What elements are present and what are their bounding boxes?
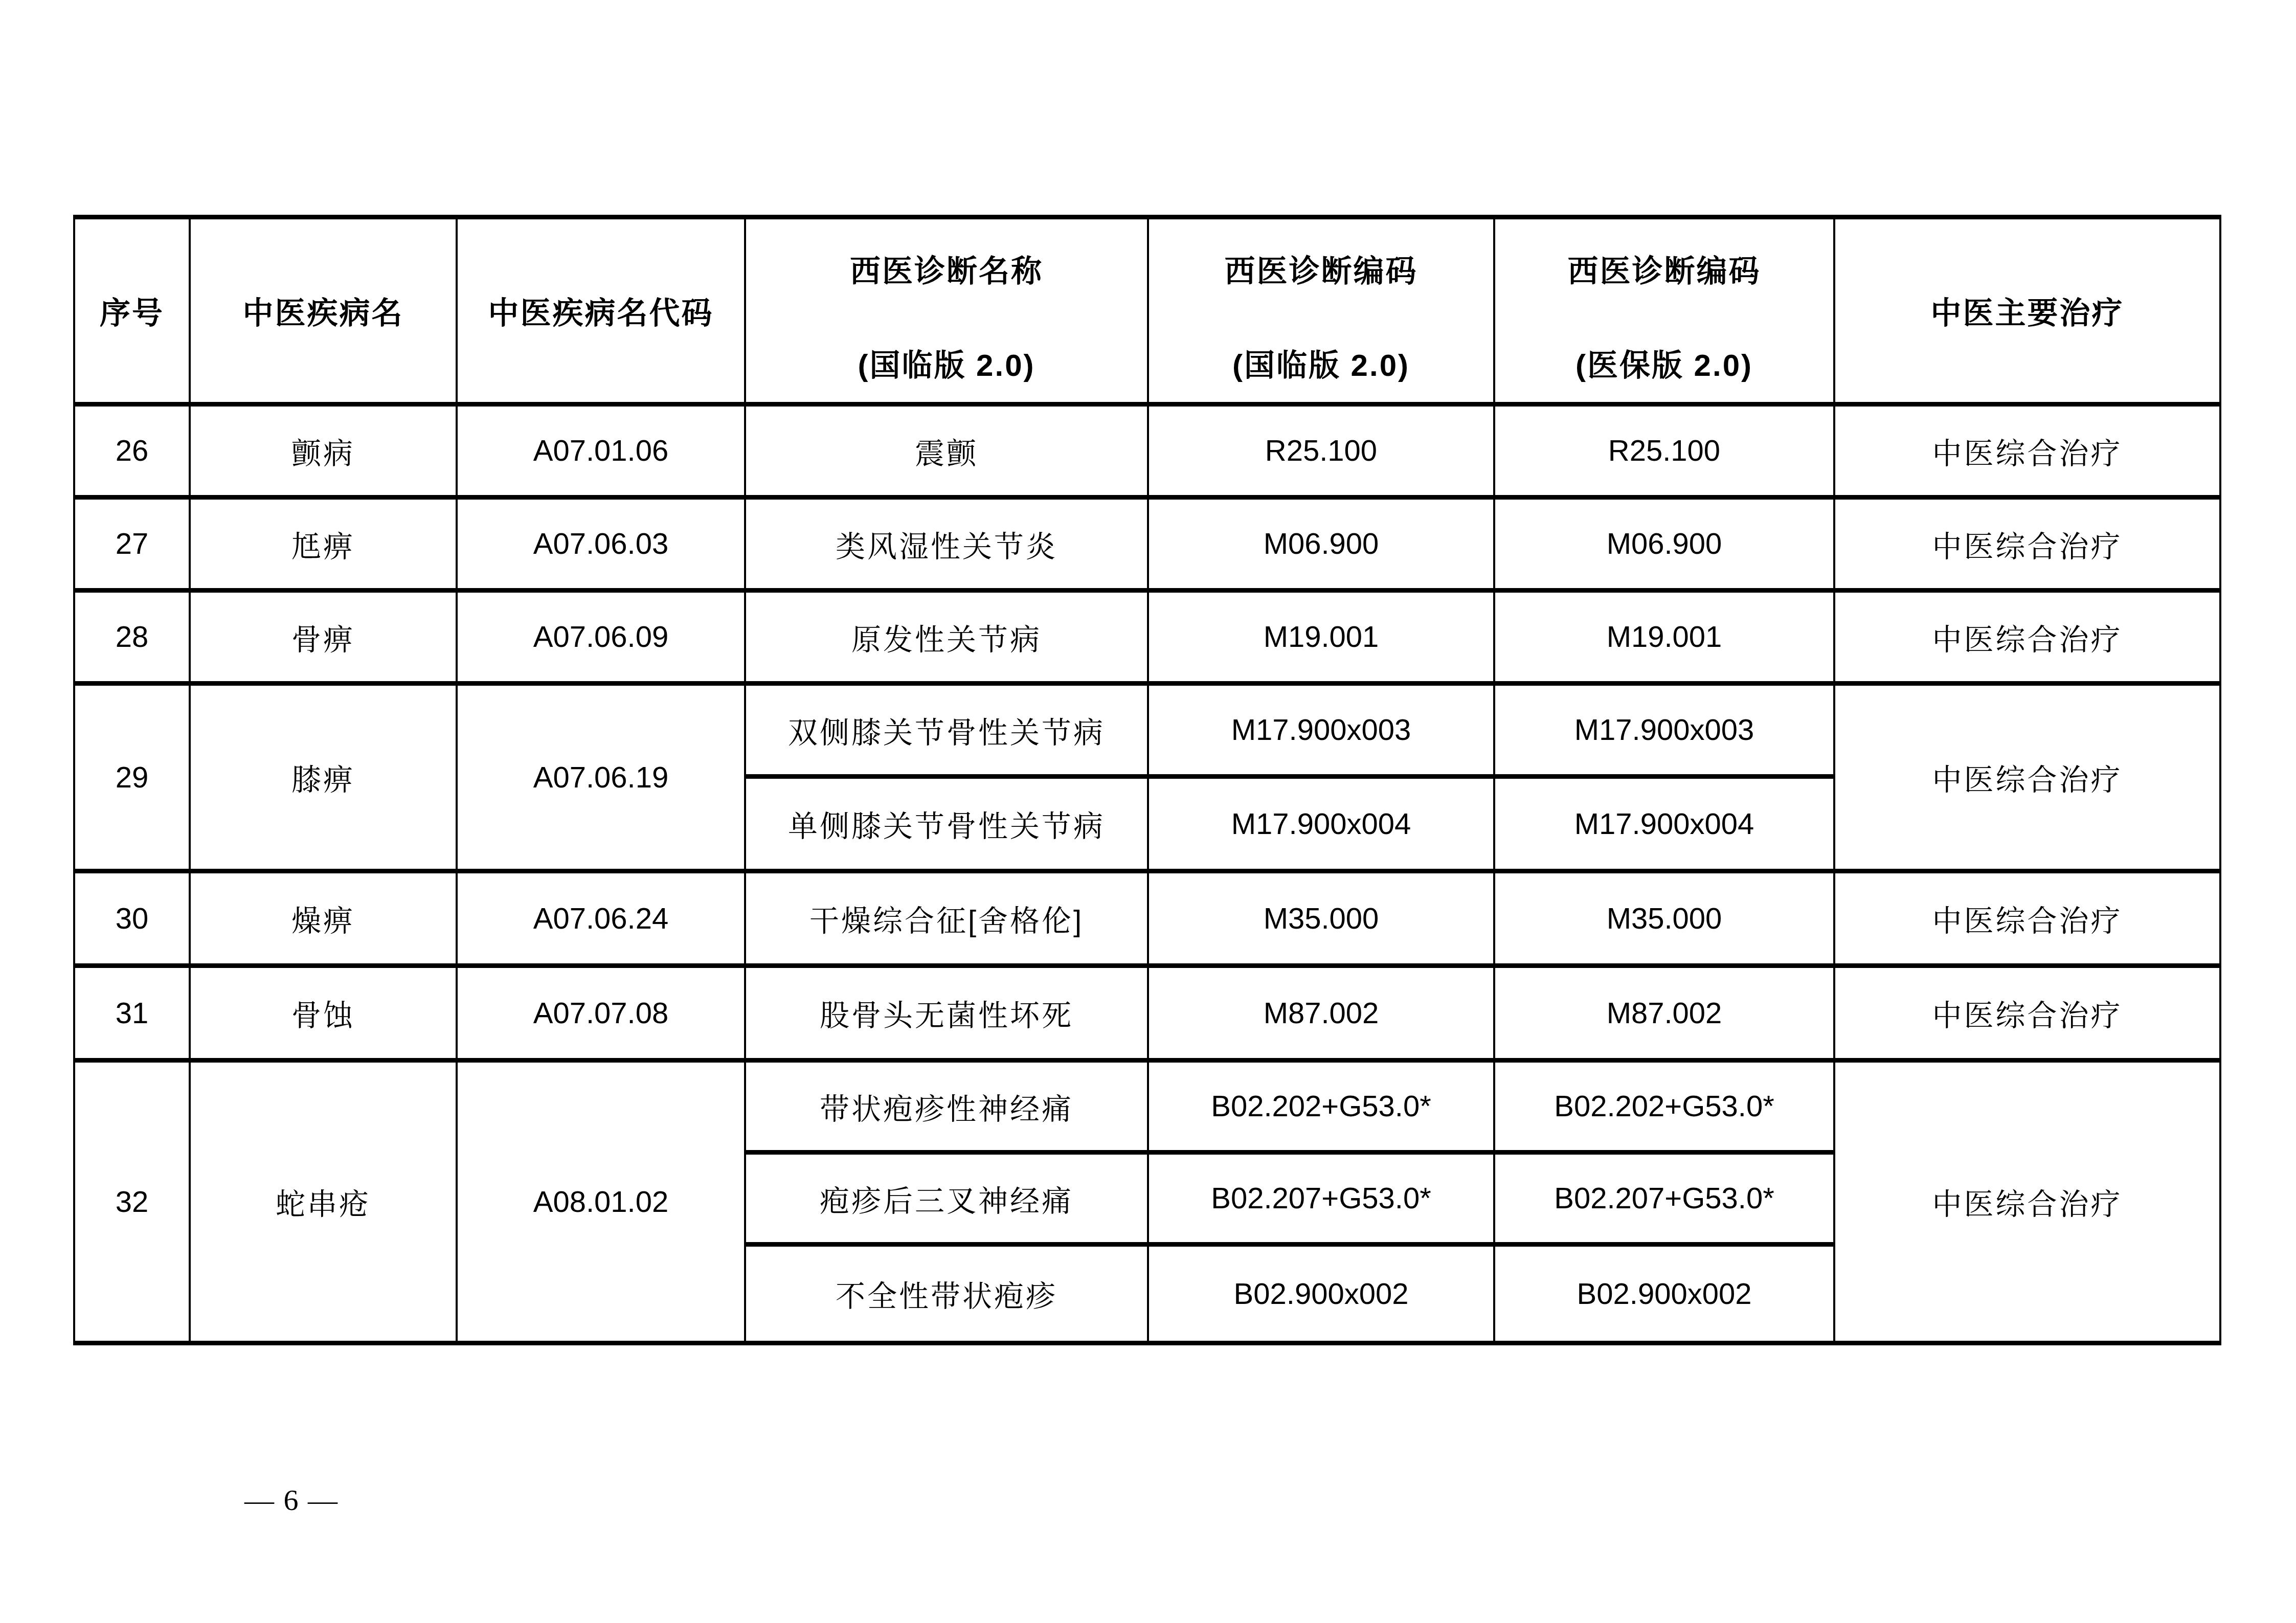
treatment-cell: 中医综合治疗 — [1834, 591, 2220, 684]
header-wm-code-gl: 西医诊断编码 (国临版 2.0) — [1148, 217, 1494, 404]
seq-cell: 31 — [74, 966, 190, 1061]
wm-code-yb-cell: M06.900 — [1494, 498, 1834, 591]
header-wm-code-gl-line1: 西医诊断编码 — [1149, 255, 1493, 288]
tcm-code-cell: A07.06.24 — [457, 871, 745, 966]
wm-name-cell: 带状疱疹性神经痛 — [745, 1061, 1148, 1153]
document-page: { "page": { "number_label": "— 6 —" }, "… — [0, 0, 2296, 1623]
table-row: 27 尪痹 A07.06.03 类风湿性关节炎 M06.900 M06.900 … — [74, 498, 2220, 591]
header-wm-code-gl-line2: (国临版 2.0) — [1149, 349, 1493, 382]
seq-cell: 32 — [74, 1061, 190, 1343]
wm-code-yb-cell: R25.100 — [1494, 404, 1834, 498]
table-row: 32 蛇串疮 A08.01.02 带状疱疹性神经痛 B02.202+G53.0*… — [74, 1061, 2220, 1153]
seq-cell: 27 — [74, 498, 190, 591]
page-number: — 6 — — [215, 1482, 368, 1519]
header-wm-code-gl-lines: 西医诊断编码 (国临版 2.0) — [1149, 219, 1493, 402]
treatment-cell: 中医综合治疗 — [1834, 404, 2220, 498]
table-row: 31 骨蚀 A07.07.08 股骨头无菌性坏死 M87.002 M87.002… — [74, 966, 2220, 1061]
tcm-code-cell: A07.07.08 — [457, 966, 745, 1061]
tcm-code-cell: A08.01.02 — [457, 1061, 745, 1343]
header-wm-diagnosis-name-line2: (国临版 2.0) — [746, 349, 1147, 382]
table-row: 30 燥痹 A07.06.24 干燥综合征[舍格伦] M35.000 M35.0… — [74, 871, 2220, 966]
seq-cell: 28 — [74, 591, 190, 684]
wm-code-yb-cell: M17.900x003 — [1494, 684, 1834, 777]
treatment-cell: 中医综合治疗 — [1834, 684, 2220, 871]
header-wm-code-yb: 西医诊断编码 (医保版 2.0) — [1494, 217, 1834, 404]
wm-code-gl-cell: R25.100 — [1148, 404, 1494, 498]
seq-cell: 29 — [74, 684, 190, 871]
wm-code-gl-cell: M17.900x004 — [1148, 777, 1494, 871]
wm-code-gl-cell: M06.900 — [1148, 498, 1494, 591]
table-row: 28 骨痹 A07.06.09 原发性关节病 M19.001 M19.001 中… — [74, 591, 2220, 684]
wm-name-cell: 原发性关节病 — [745, 591, 1148, 684]
wm-name-cell: 疱疹后三叉神经痛 — [745, 1153, 1148, 1245]
wm-code-gl-cell: B02.900x002 — [1148, 1245, 1494, 1343]
seq-cell: 26 — [74, 404, 190, 498]
wm-name-cell: 类风湿性关节炎 — [745, 498, 1148, 591]
wm-name-cell: 双侧膝关节骨性关节病 — [745, 684, 1148, 777]
tcm-name-cell: 骨蚀 — [190, 966, 457, 1061]
tcm-name-cell: 燥痹 — [190, 871, 457, 966]
tcm-name-cell: 尪痹 — [190, 498, 457, 591]
tcm-code-cell: A07.06.19 — [457, 684, 745, 871]
header-seq: 序号 — [74, 217, 190, 404]
wm-code-yb-cell: B02.900x002 — [1494, 1245, 1834, 1343]
treatment-cell: 中医综合治疗 — [1834, 1061, 2220, 1343]
header-wm-code-yb-line2: (医保版 2.0) — [1495, 349, 1833, 382]
tcm-name-cell: 骨痹 — [190, 591, 457, 684]
treatment-cell: 中医综合治疗 — [1834, 871, 2220, 966]
wm-code-yb-cell: M35.000 — [1494, 871, 1834, 966]
tcm-name-cell: 膝痹 — [190, 684, 457, 871]
wm-code-yb-cell: B02.207+G53.0* — [1494, 1153, 1834, 1245]
header-treatment: 中医主要治疗 — [1834, 217, 2220, 404]
table-header-row: 序号 中医疾病名 中医疾病名代码 西医诊断名称 (国临版 2.0) 西医诊断编码… — [74, 217, 2220, 404]
tcm-code-cell: A07.06.09 — [457, 591, 745, 684]
header-wm-diagnosis-name-lines: 西医诊断名称 (国临版 2.0) — [746, 219, 1147, 402]
header-tcm-code: 中医疾病名代码 — [457, 217, 745, 404]
wm-code-gl-cell: M19.001 — [1148, 591, 1494, 684]
tcm-name-cell: 蛇串疮 — [190, 1061, 457, 1343]
table-row: 26 颤病 A07.01.06 震颤 R25.100 R25.100 中医综合治… — [74, 404, 2220, 498]
wm-code-gl-cell: M35.000 — [1148, 871, 1494, 966]
header-wm-code-yb-line1: 西医诊断编码 — [1495, 255, 1833, 288]
wm-code-gl-cell: M87.002 — [1148, 966, 1494, 1061]
wm-name-cell: 不全性带状疱疹 — [745, 1245, 1148, 1343]
tcm-code-cell: A07.01.06 — [457, 404, 745, 498]
wm-code-yb-cell: M87.002 — [1494, 966, 1834, 1061]
header-wm-diagnosis-name: 西医诊断名称 (国临版 2.0) — [745, 217, 1148, 404]
header-wm-diagnosis-name-line1: 西医诊断名称 — [746, 255, 1147, 288]
tcm-wm-diagnosis-table: 序号 中医疾病名 中医疾病名代码 西医诊断名称 (国临版 2.0) 西医诊断编码… — [73, 215, 2221, 1345]
wm-code-gl-cell: B02.207+G53.0* — [1148, 1153, 1494, 1245]
treatment-cell: 中医综合治疗 — [1834, 966, 2220, 1061]
tcm-name-cell: 颤病 — [190, 404, 457, 498]
wm-name-cell: 单侧膝关节骨性关节病 — [745, 777, 1148, 871]
wm-name-cell: 震颤 — [745, 404, 1148, 498]
wm-code-yb-cell: B02.202+G53.0* — [1494, 1061, 1834, 1153]
table-row: 29 膝痹 A07.06.19 双侧膝关节骨性关节病 M17.900x003 M… — [74, 684, 2220, 777]
wm-code-gl-cell: B02.202+G53.0* — [1148, 1061, 1494, 1153]
wm-name-cell: 股骨头无菌性坏死 — [745, 966, 1148, 1061]
wm-code-yb-cell: M17.900x004 — [1494, 777, 1834, 871]
tcm-code-cell: A07.06.03 — [457, 498, 745, 591]
wm-code-gl-cell: M17.900x003 — [1148, 684, 1494, 777]
treatment-cell: 中医综合治疗 — [1834, 498, 2220, 591]
seq-cell: 30 — [74, 871, 190, 966]
header-tcm-name: 中医疾病名 — [190, 217, 457, 404]
wm-name-cell: 干燥综合征[舍格伦] — [745, 871, 1148, 966]
wm-code-yb-cell: M19.001 — [1494, 591, 1834, 684]
header-wm-code-yb-lines: 西医诊断编码 (医保版 2.0) — [1495, 219, 1833, 402]
